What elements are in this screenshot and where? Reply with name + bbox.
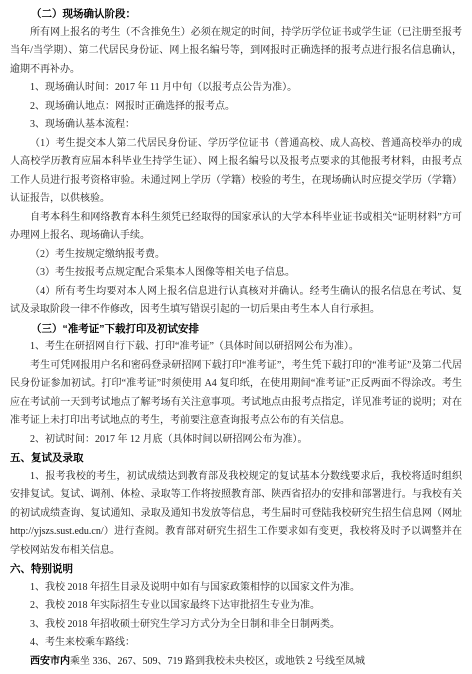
para-confirm-place: 2、现场确认地点：网报时正确选择的报考点。 xyxy=(10,98,462,117)
para-note-3: 3、我校 2018 年招收硕士研究生学习方式分为全日制和非全日制两类。 xyxy=(10,616,462,635)
heading-special-notes: 六、特别说明 xyxy=(10,560,462,579)
heading-admission-ticket: （三）“准考证”下载打印及初试安排 xyxy=(10,320,462,339)
heading-reexam-admission: 五、复试及录取 xyxy=(10,449,462,468)
para-process-step-4: （4）所有考生均要对本人网上报名信息进行认真核对并确认。经考生确认的报名信息在考… xyxy=(10,283,462,320)
bus-route-text: 乘坐 336、267、509、719 路到我校未央校区，或地铁 2 号线至凤城 xyxy=(70,656,365,667)
para-note-1: 1、我校 2018 年招生目录及说明中如有与国家政策相悖的以国家文件为准。 xyxy=(10,579,462,598)
para-reexam-detail: 1、报考我校的考生，初试成绩达到教育部及我校规定的复试基本分数线要求后，我校将适… xyxy=(10,468,462,561)
para-ticket-detail: 考生可凭网报用户名和密码登录研招网下载打印“准考证”，考生凭下载打印的“准考证”… xyxy=(10,357,462,431)
para-onsite-intro: 所有网上报名的考生（不含推免生）必须在规定的时间，持学历学位证书或学生证（已注册… xyxy=(10,24,462,80)
para-process-step-1: （1）考生提交本人第二代居民身份证、学历学位证书（普通高校、成人高校、普通高校举… xyxy=(10,135,462,209)
document-page: （二）现场确认阶段： 所有网上报名的考生（不含推免生）必须在规定的时间，持学历学… xyxy=(0,0,472,674)
para-confirm-time: 1、现场确认时间：2017 年 11 月中旬（以报考点公告为准）。 xyxy=(10,79,462,98)
para-ticket-download: 1、考生在研招网自行下载、打印“准考证”（具体时间以研招网公布为准）。 xyxy=(10,338,462,357)
para-note-4: 4、考生来校乘车路线： xyxy=(10,634,462,653)
bus-route-area-label: 西安市内 xyxy=(30,656,70,667)
para-note-2: 2、我校 2018 年实际招生专业以国家最终下达审批招生专业为准。 xyxy=(10,597,462,616)
para-process-step-2: （2）考生按规定缴纳报考费。 xyxy=(10,246,462,265)
para-bus-route: 西安市内乘坐 336、267、509、719 路到我校未央校区，或地铁 2 号线… xyxy=(10,653,462,672)
para-exam-time: 2、初试时间：2017 年 12 月底（具体时间以研招网公布为准）。 xyxy=(10,431,462,450)
para-self-study-students: 自考本科生和网络教育本科生须凭已经取得的国家承认的大学本科毕业证书或相关“证明材… xyxy=(10,209,462,246)
heading-onsite-confirmation: （二）现场确认阶段： xyxy=(10,5,462,24)
para-confirm-process: 3、现场确认基本流程： xyxy=(10,116,462,135)
para-process-step-3: （3）考生按报考点规定配合采集本人图像等相关电子信息。 xyxy=(10,264,462,283)
